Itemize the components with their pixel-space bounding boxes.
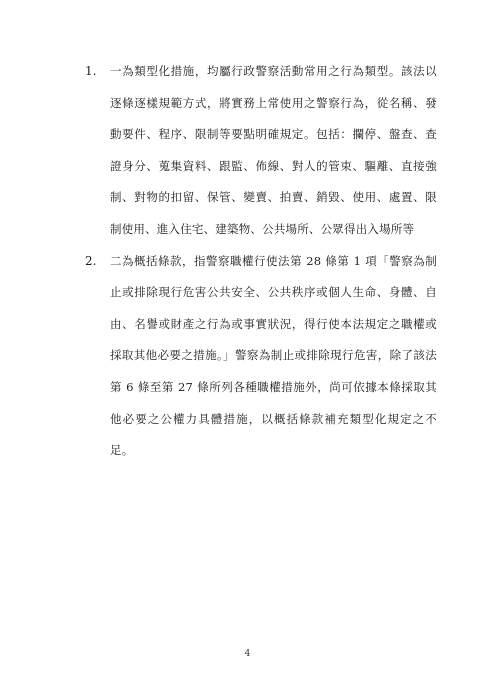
list-item-text: 二為概括條款，指警察職權行使法第 28 條第 1 項「警察為制止或排除現行危害公… — [110, 246, 437, 467]
page-number: 4 — [245, 649, 251, 659]
document-body: 1. 一為類型化措施，均屬行政警察活動常用之行為類型。該法以逐條逐樣規範方式，將… — [85, 56, 437, 467]
list-item-text: 一為類型化措施，均屬行政警察活動常用之行為類型。該法以逐條逐樣規範方式，將實務上… — [110, 56, 437, 246]
list-item-number: 1. — [85, 56, 110, 88]
document-page: 1. 一為類型化措施，均屬行政警察活動常用之行為類型。該法以逐條逐樣規範方式，將… — [0, 0, 495, 700]
list-item: 2. 二為概括條款，指警察職權行使法第 28 條第 1 項「警察為制止或排除現行… — [85, 246, 437, 467]
list-item: 1. 一為類型化措施，均屬行政警察活動常用之行為類型。該法以逐條逐樣規範方式，將… — [85, 56, 437, 246]
list-item-number: 2. — [85, 246, 110, 278]
page-footer: 4 — [0, 641, 495, 660]
